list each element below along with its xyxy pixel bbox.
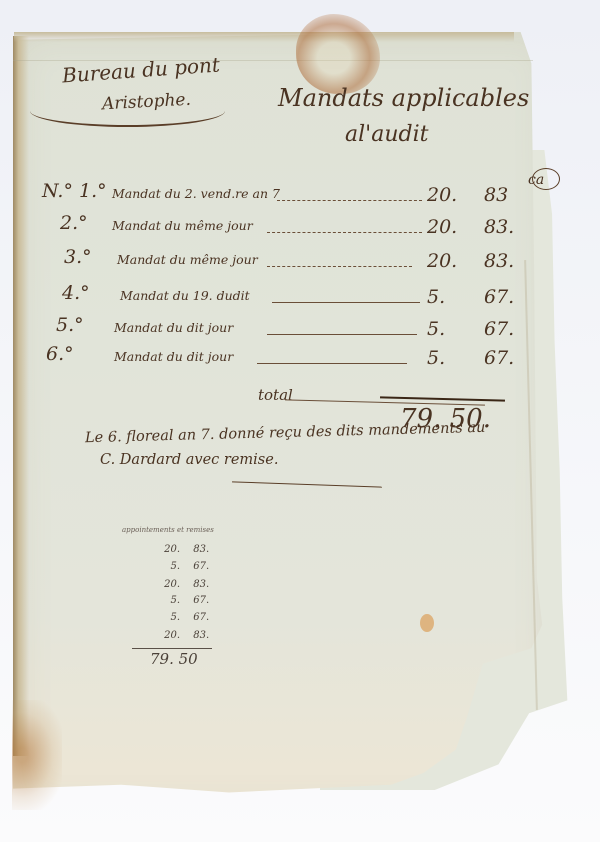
paper-left-edge: [13, 36, 29, 756]
calc-livres: 20.: [154, 630, 180, 641]
entry-cents: 83.: [484, 216, 514, 238]
margin-calc-row: 5. 67.: [154, 612, 209, 623]
entry-leader: [277, 200, 422, 201]
entry-cents: 67.: [484, 286, 514, 308]
ledger-entry: 2.° Mandat du même jour 20. 83.: [42, 212, 522, 242]
margin-calc-title: appointements et remises: [122, 526, 214, 534]
corner-mark: ca: [528, 172, 544, 188]
entry-livres: 20.: [427, 250, 457, 272]
margin-calc-row: 20. 83.: [154, 630, 209, 641]
entry-leader: [267, 232, 422, 233]
entry-leader: [272, 302, 420, 303]
entry-description: Mandat du même jour: [117, 252, 258, 267]
ledger-entry: 4.° Mandat du 19. dudit 5. 67.: [42, 282, 522, 312]
entry-cents: 67.: [484, 347, 514, 369]
entry-livres: 5.: [427, 286, 445, 308]
header-right-line2: al'audit: [345, 122, 428, 147]
entry-description: Mandat du 2. vend.re an 7: [112, 186, 280, 201]
entry-livres: 20.: [427, 184, 457, 206]
calc-livres: 5.: [154, 612, 180, 623]
calc-livres: 20.: [154, 579, 180, 590]
entry-cents: 67.: [484, 318, 514, 340]
margin-calc-rule: [132, 648, 212, 649]
entry-number: 3.°: [64, 246, 92, 268]
entry-leader: [267, 334, 417, 335]
calc-cents: 83.: [183, 544, 209, 555]
paper-top-edge: [14, 32, 514, 42]
calc-cents: 67.: [183, 595, 209, 606]
entry-number: 2.°: [60, 212, 88, 234]
entry-number: 5.°: [56, 314, 84, 336]
calc-livres: 5.: [154, 595, 180, 606]
entry-leader: [267, 266, 412, 267]
entry-livres: 5.: [427, 318, 445, 340]
total-label: total: [258, 386, 293, 404]
ledger-entry: 5.° Mandat du dit jour 5. 67.: [42, 314, 522, 344]
calc-cents: 83.: [183, 630, 209, 641]
calc-cents: 83.: [183, 579, 209, 590]
calc-livres: 20.: [154, 544, 180, 555]
entry-number: N.° 1.°: [42, 180, 107, 202]
entry-description: Mandat du dit jour: [114, 320, 233, 335]
margin-calc-sum: 79. 50: [150, 650, 198, 668]
ledger-entry: 6.° Mandat du dit jour 5. 67.: [42, 343, 522, 373]
margin-calc-row: 20. 83.: [154, 544, 209, 555]
stain-bottom-left: [12, 700, 62, 810]
entry-cents: 83.: [484, 250, 514, 272]
entry-description: Mandat du même jour: [112, 218, 253, 233]
calc-cents: 67.: [183, 612, 209, 623]
calc-cents: 67.: [183, 561, 209, 572]
ledger-entry: N.° 1.° Mandat du 2. vend.re an 7 20. 83: [42, 180, 522, 210]
header-right-line1: Mandats applicables: [278, 84, 529, 112]
note-line2: C. Dardard avec remise.: [100, 452, 278, 468]
header-flourish: [30, 95, 225, 127]
calc-livres: 5.: [154, 561, 180, 572]
ledger-entry: 3.° Mandat du même jour 20. 83.: [42, 246, 522, 276]
entry-number: 4.°: [62, 282, 90, 304]
entry-livres: 20.: [427, 216, 457, 238]
entry-leader: [257, 363, 407, 364]
margin-calc-row: 20. 83.: [154, 579, 209, 590]
entry-livres: 5.: [427, 347, 445, 369]
stain-spot: [420, 614, 434, 632]
margin-calc-row: 5. 67.: [154, 595, 209, 606]
entry-cents: 83: [484, 184, 508, 206]
margin-calc-row: 5. 67.: [154, 561, 209, 572]
entry-description: Mandat du 19. dudit: [120, 288, 250, 303]
entry-description: Mandat du dit jour: [114, 349, 233, 364]
entry-number: 6.°: [46, 343, 74, 365]
